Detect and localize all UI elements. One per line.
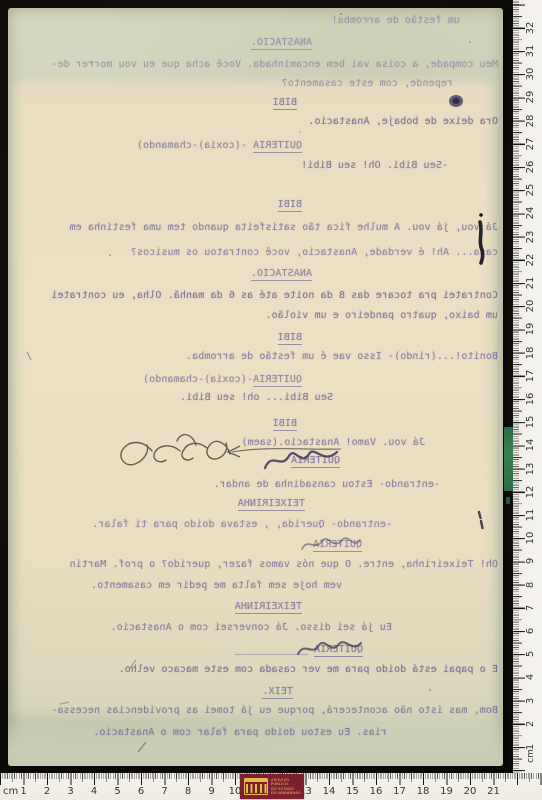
- script-line: repende, com este casamento?: [282, 77, 453, 90]
- script-line: casa... Ah! é verdade, Anastacio, você c…: [131, 246, 498, 259]
- script-line: Bonito!...(rindo)- Isso vae é um festão …: [186, 350, 498, 363]
- script-heading: TEIX.: [262, 685, 293, 698]
- script-heading: QUITERIA: [291, 454, 340, 467]
- vertical-ruler-number: 12: [525, 481, 537, 503]
- script-line: um festão de arromba!: [331, 14, 460, 27]
- archive-logo: ARQUIVOPÚBLICODO ESTADODO MARANHÃO: [240, 774, 304, 799]
- horizontal-ruler-number: 18: [417, 786, 430, 797]
- vertical-ruler-number: 3: [525, 690, 537, 712]
- vertical-ruler-number: 11: [525, 504, 537, 526]
- script-line: vem hoje sem falta me pedir em casamento…: [91, 579, 342, 592]
- horizontal-ruler-number: 9: [208, 786, 214, 797]
- horizontal-ruler-number: 7: [161, 786, 167, 797]
- archive-logo-text-line: DO MARANHÃO: [271, 791, 301, 795]
- vertical-ruler-number: 10: [525, 527, 537, 549]
- horizontal-ruler: cm 12345678910131415161718192021 ARQUIVO…: [0, 773, 542, 800]
- scan-stage: um festão de arromba!ANASTACIO.Meu compa…: [0, 0, 542, 800]
- vertical-ruler-number: 24: [525, 202, 537, 224]
- script-line: Ora deixe de bobaje, Anastacio.: [308, 115, 498, 128]
- script-line: Eu já sei disso. Já conversei com o Anas…: [110, 621, 392, 634]
- vertical-ruler-unit: cm: [525, 745, 537, 767]
- vertical-ruler-number: 25: [525, 179, 537, 201]
- script-heading: ANASTACIO.: [251, 267, 312, 280]
- horizontal-ruler-number: 4: [91, 786, 97, 797]
- script-heading: BIBI: [273, 417, 297, 430]
- vertical-ruler-number: 15: [525, 411, 537, 433]
- script-line: rias. Eu estou doido para falar com o An…: [93, 726, 387, 739]
- script-heading: ANASTACIO.: [251, 36, 312, 49]
- vertical-ruler-number: 5: [525, 643, 537, 665]
- script-line: um baixo, quatro pandeiro e um violão.: [265, 309, 498, 322]
- horizontal-ruler-number: 2: [44, 786, 50, 797]
- vertical-ruler-number: 19: [525, 318, 537, 340]
- script-line: Oh! Teixeirinha, entre. O que nós vamos …: [70, 558, 498, 571]
- horizontal-ruler-number: 8: [185, 786, 191, 797]
- vertical-ruler-number: 26: [525, 156, 537, 178]
- vertical-ruler-number: 22: [525, 249, 537, 271]
- horizontal-ruler-number: 15: [346, 786, 359, 797]
- vertical-ruler-number: 27: [525, 133, 537, 155]
- vertical-ruler-number: 17: [525, 365, 537, 387]
- vertical-ruler-number: 28: [525, 110, 537, 132]
- vertical-ruler-number: 14: [525, 434, 537, 456]
- horizontal-ruler-number: 20: [464, 786, 477, 797]
- horizontal-ruler-number: 14: [323, 786, 336, 797]
- vertical-ruler-number: 31: [525, 40, 537, 62]
- script-line: -entrando- Querida, , estava doido para …: [92, 518, 392, 531]
- script-line: -entrando- Estou cansadinha de andar.: [214, 478, 440, 491]
- archive-building-icon: [244, 778, 268, 795]
- vertical-ruler-number: 18: [525, 342, 537, 364]
- script-line: Seu Bibi... oh! seu Bibi.: [180, 391, 333, 404]
- horizontal-ruler-number: 6: [138, 786, 144, 797]
- vertical-ruler-number: 29: [525, 86, 537, 108]
- vertical-ruler-number: 7: [525, 597, 537, 619]
- script-heading: QUITERIA-(coxia)-chamando): [143, 373, 302, 386]
- script-heading: BIBI: [278, 198, 302, 211]
- script-heading: BIBI: [273, 96, 297, 109]
- mirrored-typescript: um festão de arromba!ANASTACIO.Meu compa…: [18, 8, 502, 766]
- vertical-ruler: 1234567891011121314151617181920212223242…: [513, 0, 542, 773]
- vertical-ruler-number: 16: [525, 388, 537, 410]
- vertical-ruler-cm-ticks: [513, 0, 525, 773]
- vertical-ruler-number: 6: [525, 620, 537, 642]
- script-line: E o papai está doido para me ver casada …: [119, 663, 498, 676]
- script-heading: TEIXEIRINHA: [235, 600, 302, 613]
- script-heading: TEIXEIRINHA: [238, 497, 305, 510]
- script-line: Contratei pra tocare das 8 da noite até …: [51, 289, 498, 302]
- horizontal-ruler-number: 17: [393, 786, 406, 797]
- vertical-ruler-number: 2: [525, 713, 537, 735]
- script-heading: QUITERIA -(coxia)-chamando): [137, 139, 302, 152]
- script-heading: BIBI: [278, 331, 302, 344]
- vertical-ruler-number: 32: [525, 17, 537, 39]
- script-line: Meu compade, a coisa vai bem encaminhada…: [51, 58, 498, 71]
- green-tape-speck: [506, 497, 510, 504]
- horizontal-ruler-number: 1: [20, 786, 26, 797]
- horizontal-ruler-number: 5: [114, 786, 120, 797]
- script-heading: QUITERIA: [313, 538, 362, 551]
- script-line: -Seu Bibi. Oh! seu Bibi!: [301, 159, 448, 172]
- vertical-ruler-number: 9: [525, 550, 537, 572]
- vertical-ruler-number: 20: [525, 295, 537, 317]
- document-page: um festão de arromba!ANASTACIO.Meu compa…: [8, 8, 503, 766]
- script-heading: QUITERIA ____________: [234, 643, 363, 656]
- archive-logo-text: ARQUIVOPÚBLICODO ESTADODO MARANHÃO: [271, 778, 301, 796]
- horizontal-ruler-number: 21: [487, 786, 500, 797]
- horizontal-ruler-number: 3: [67, 786, 73, 797]
- vertical-ruler-number: 21: [525, 272, 537, 294]
- script-line: Já vou, já vou. A mulhe fica tão satisfe…: [70, 221, 498, 234]
- vertical-ruler-number: 23: [525, 226, 537, 248]
- script-line: Bom, mas isto não acontecerá, porque eu …: [51, 704, 498, 717]
- script-line: Já vou. Vamo! Anastacio.(saem): [241, 436, 425, 449]
- vertical-ruler-number: 8: [525, 574, 537, 596]
- horizontal-ruler-number: 16: [370, 786, 383, 797]
- vertical-ruler-number: 4: [525, 666, 537, 688]
- vertical-ruler-number: 30: [525, 63, 537, 85]
- horizontal-ruler-unit: cm: [3, 786, 18, 797]
- vertical-ruler-number: 13: [525, 458, 537, 480]
- horizontal-ruler-number: 19: [440, 786, 453, 797]
